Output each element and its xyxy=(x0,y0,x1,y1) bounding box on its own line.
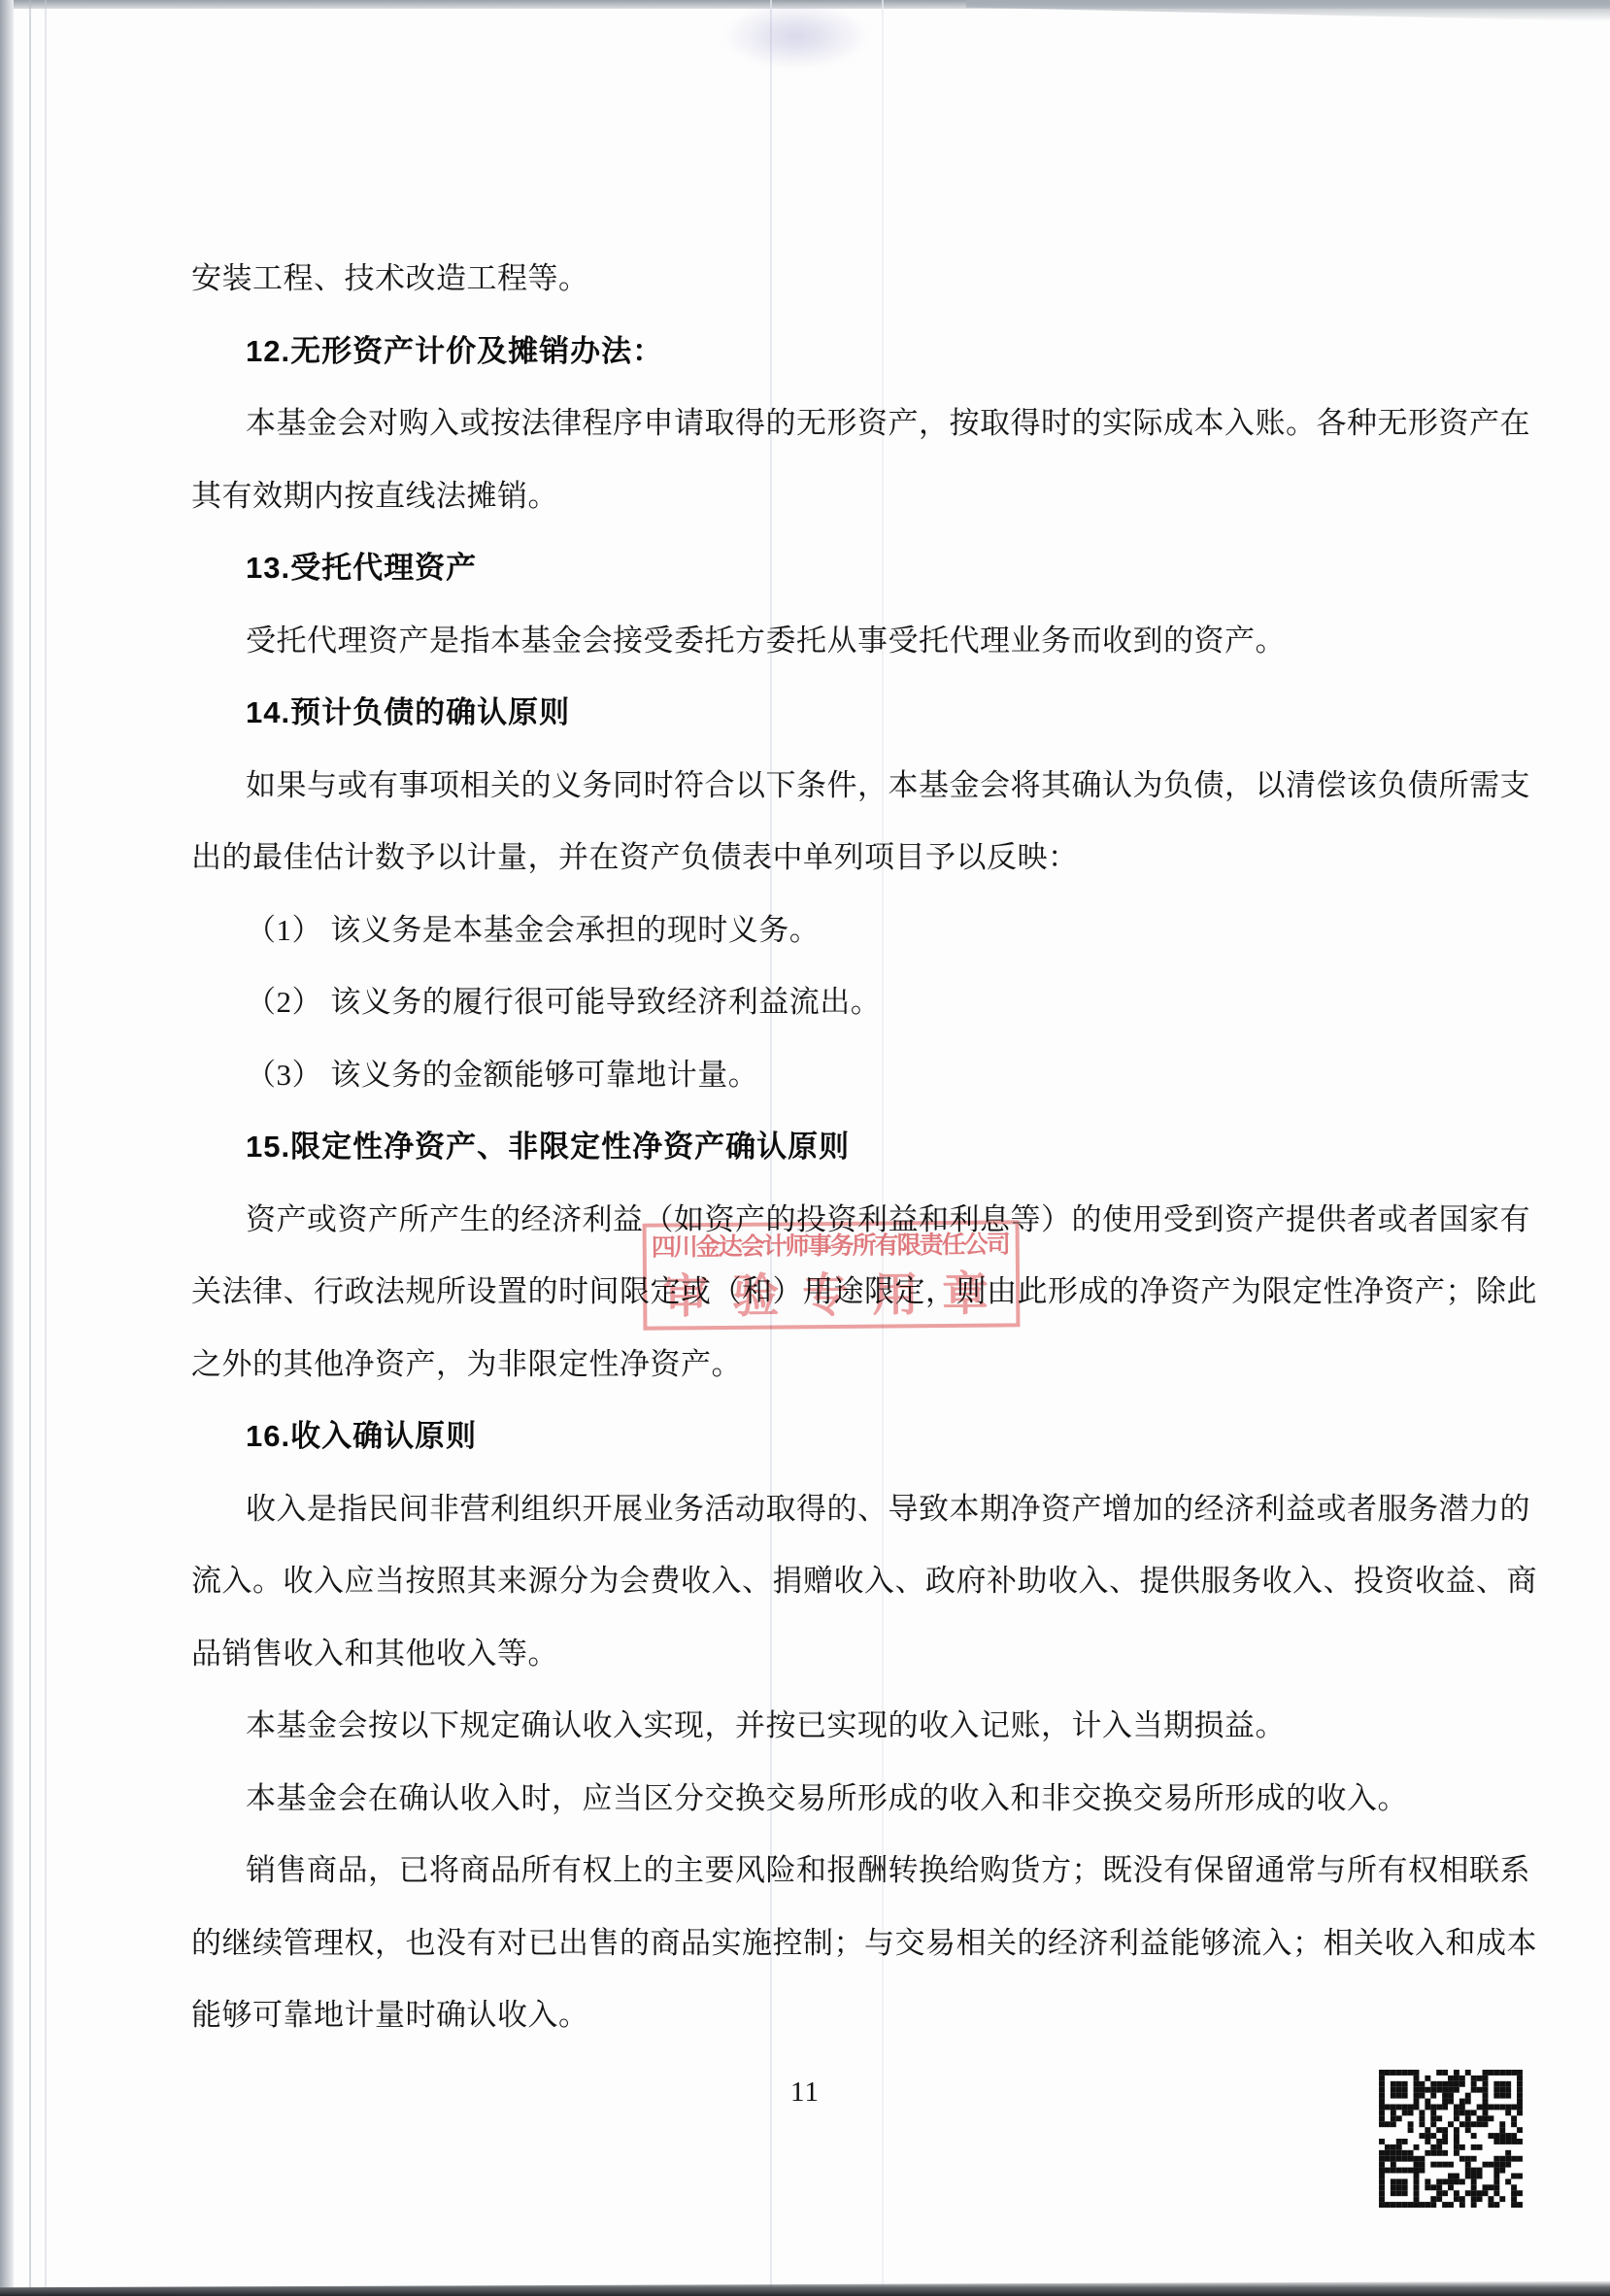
page-number: 11 xyxy=(0,2077,1610,2109)
text-line: 15.限定性净资产、非限定性净资产确认原则 xyxy=(191,1129,1547,1165)
text-line: （1） 该义务是本基金会承担的现时义务。 xyxy=(191,912,1547,948)
text-line: 品销售收入和其他收入等。 xyxy=(191,1636,1493,1671)
text-line: 安装工程、技术改造工程等。 xyxy=(191,260,1493,296)
document-text: 安装工程、技术改造工程等。12.无形资产计价及摊销办法：本基金会对购入或按法律程… xyxy=(0,0,1610,2296)
text-line: 本基金会对购入或按法律程序申请取得的无形资产，按取得时的实际成本入账。各种无形资… xyxy=(191,405,1547,441)
text-line: （3） 该义务的金额能够可靠地计量。 xyxy=(191,1057,1547,1093)
qr-code xyxy=(1379,2070,1523,2208)
text-line: 能够可靠地计量时确认收入。 xyxy=(191,1997,1493,2033)
text-line: 之外的其他净资产，为非限定性净资产。 xyxy=(191,1346,1493,1382)
text-line: 受托代理资产是指本基金会接受委托方委托从事受托代理业务而收到的资产。 xyxy=(191,623,1547,658)
text-line: 14.预计负债的确认原则 xyxy=(191,694,1547,730)
text-line: 本基金会在确认收入时，应当区分交换交易所形成的收入和非交换交易所形成的收入。 xyxy=(191,1780,1547,1816)
text-line: （2） 该义务的履行很可能导致经济利益流出。 xyxy=(191,984,1547,1020)
stamp-seal-text: 审验专用章 xyxy=(651,1256,1013,1326)
text-line: 销售商品，已将商品所有权上的主要风险和报酬转换给购货方；既没有保留通常与所有权相… xyxy=(191,1852,1547,1888)
text-line: 如果与或有事项相关的义务同时符合以下条件，本基金会将其确认为负债，以清偿该负债所… xyxy=(191,767,1547,803)
text-line: 12.无形资产计价及摊销办法： xyxy=(191,333,1547,369)
company-seal-stamp: 四川金达会计师事务所有限责任公司 审验专用章 xyxy=(643,1220,1021,1330)
document-page: 安装工程、技术改造工程等。12.无形资产计价及摊销办法：本基金会对购入或按法律程… xyxy=(0,0,1610,2296)
text-line: 流入。收入应当按照其来源分为会费收入、捐赠收入、政府补助收入、提供服务收入、投资… xyxy=(191,1563,1493,1599)
text-line: 的继续管理权，也没有对已出售的商品实施控制；与交易相关的经济利益能够流入；相关收… xyxy=(191,1925,1493,1961)
text-line: 13.受托代理资产 xyxy=(191,550,1547,586)
text-line: 出的最佳估计数予以计量，并在资产负债表中单列项目予以反映： xyxy=(191,839,1493,875)
text-line: 其有效期内按直线法摊销。 xyxy=(191,478,1493,514)
text-line: 本基金会按以下规定确认收入实现，并按已实现的收入记账，计入当期损益。 xyxy=(191,1707,1547,1743)
text-line: 收入是指民间非营利组织开展业务活动取得的、导致本期净资产增加的经济利益或者服务潜… xyxy=(191,1491,1547,1527)
text-line: 16.收入确认原则 xyxy=(191,1418,1547,1454)
